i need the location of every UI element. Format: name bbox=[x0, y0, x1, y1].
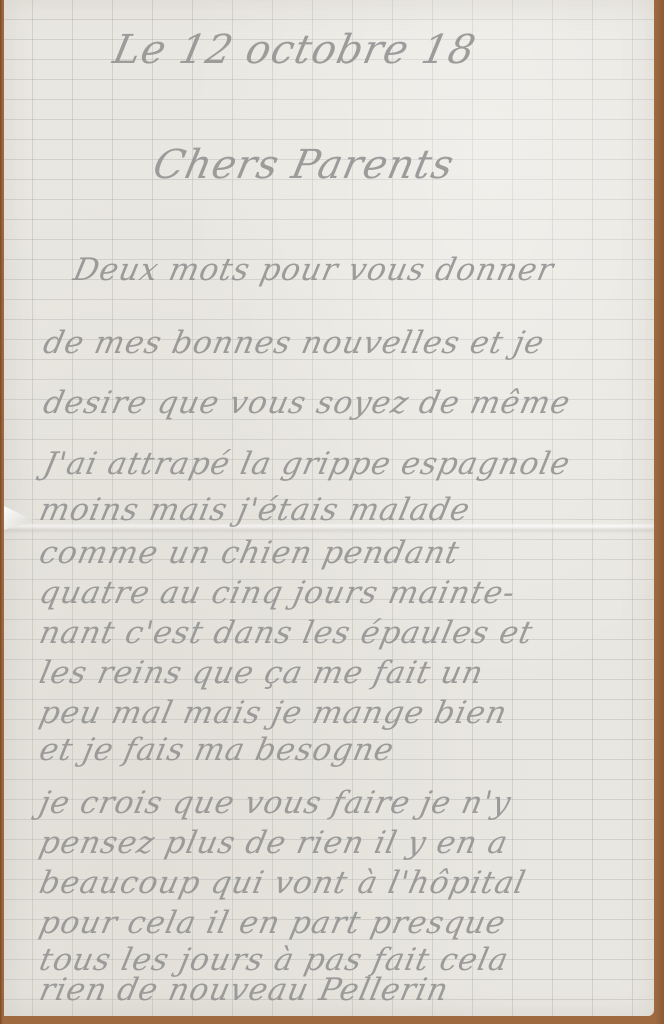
letter-line: rien de nouveau Pellerin bbox=[36, 970, 453, 1010]
letter-line: je crois que vous faire je n'y bbox=[36, 783, 515, 823]
letter-line: nant c'est dans les épaules et bbox=[36, 613, 537, 653]
letter-line: quatre au cinq jours mainte- bbox=[36, 573, 519, 613]
letter-line: moins mais j'étais malade bbox=[36, 490, 474, 530]
letter-date: Le 12 octobre 18 bbox=[110, 30, 480, 70]
letter-line: J'ai attrapé la grippe espagnole bbox=[40, 444, 574, 484]
letter-line: pour cela il en part presque bbox=[36, 903, 510, 943]
letter-line: et je fais ma besogne bbox=[36, 730, 398, 770]
letter-line: pensez plus de rien il y en a bbox=[36, 823, 512, 863]
letter-line: comme un chien pendant bbox=[36, 533, 464, 573]
letter-line: desire que vous soyez de même bbox=[40, 383, 575, 423]
letter-line: les reins que ça me fait un bbox=[36, 653, 488, 693]
letter-line: peu mal mais je mange bien bbox=[36, 693, 511, 733]
letter-line: de mes bonnes nouvelles et je bbox=[40, 323, 549, 363]
letter-line: beaucoup qui vont à l'hôpital bbox=[36, 863, 530, 903]
letter-line: Deux mots pour vous donner bbox=[70, 250, 558, 290]
letter-handwriting: Le 12 octobre 18 Chers Parents Deux mots… bbox=[4, 0, 654, 1016]
letter-salutation: Chers Parents bbox=[150, 145, 458, 185]
